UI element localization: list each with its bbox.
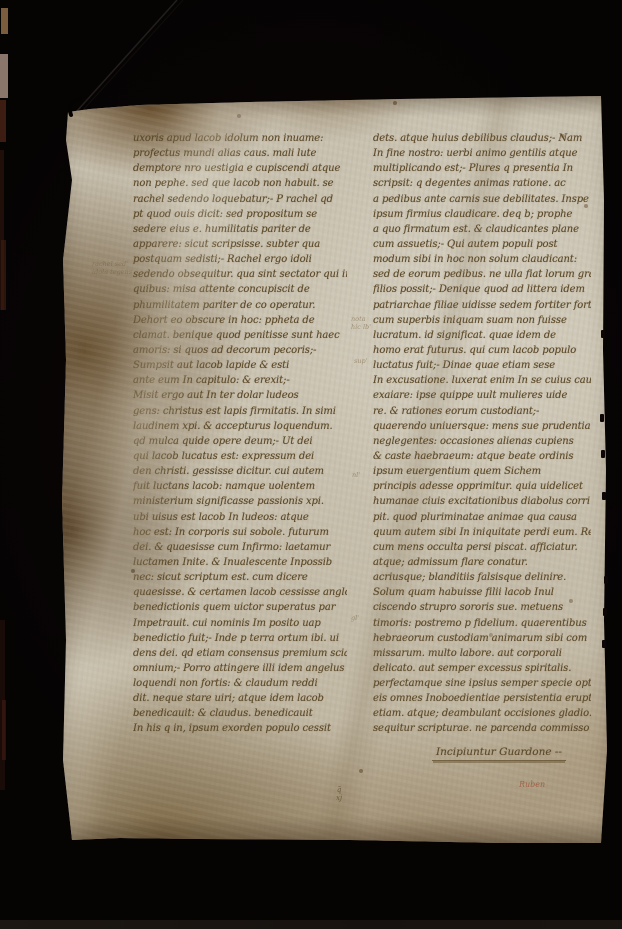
film-edge-mark xyxy=(0,54,8,98)
film-edge-mark xyxy=(0,100,6,142)
film-edge-mark xyxy=(1,240,6,310)
binding-notch xyxy=(602,492,606,500)
fox-spots xyxy=(62,94,64,96)
text-line: exaiare: ipse quippe uult mulieres uide xyxy=(373,388,591,403)
text-line: apparere: sicut scripsisse. subter qua xyxy=(133,237,347,252)
text-line: postquam sedisti;- Rachel ergo idoli xyxy=(133,252,347,267)
photo-mount-edge xyxy=(0,920,622,929)
margin-note-intercolumn-4: gl' xyxy=(351,615,359,623)
text-line: pit. quod pluriminatae animae qua causa xyxy=(373,510,591,525)
text-line: fuit luctans lacob: namque uolentem xyxy=(133,479,347,494)
binding-notch xyxy=(600,414,604,422)
text-line: scripsit: q degentes animas ratione. ac xyxy=(373,176,591,191)
text-line: perfectamque sine ipsius semper specie o… xyxy=(373,676,591,691)
text-line: homo erat futurus. qui cum lacob populo xyxy=(373,343,591,358)
text-line: In excusatione. luxerat enim In se cuius… xyxy=(373,373,591,388)
text-line: dit. neque stare uiri; atque idem lacob xyxy=(133,691,347,706)
manuscript-photo: uxoris apud lacob idolum non inuame:prof… xyxy=(0,0,622,929)
text-line: den christi. gessisse dicitur. cui autem xyxy=(133,464,347,479)
text-line: missarum. multo labore. aut corporali xyxy=(373,646,591,661)
text-line: ante eum In capitulo: & erexit;- xyxy=(133,373,347,388)
text-line: pt quod ouis dicit: sed propositum se xyxy=(133,207,347,222)
text-line: rachel sedendo loquebatur;- P rachel qd xyxy=(133,192,347,207)
text-line: benedicauit: & claudus. benedicauit xyxy=(133,706,347,721)
text-line: profectus mundi alias caus. mali lute xyxy=(133,146,347,161)
text-line: etiam. atque; deambulant occisiones glad… xyxy=(373,706,591,721)
margin-note-line: idola tegens xyxy=(92,269,132,277)
right-text-column: dets. atque huius debilibus claudus;- Na… xyxy=(373,131,591,743)
margin-note-left: rachel sed' idola tegens xyxy=(92,261,132,276)
quire-mark-bottom: xj xyxy=(336,794,342,802)
film-edge-mark xyxy=(2,700,6,760)
text-line: ministerium significasse passionis xpi. xyxy=(133,494,347,509)
text-line: dets. atque huius debilibus claudus;- Na… xyxy=(373,131,591,146)
text-line: luctatus fuit;- Dinae quae etiam sese xyxy=(373,358,591,373)
binding-notch xyxy=(601,330,605,338)
text-line: re. & rationes eorum custodiant;- xyxy=(373,404,591,419)
text-line: laudinem xpi. & accepturus loquendum. xyxy=(133,419,347,434)
text-line: cum assuetis;- Qui autem populi post xyxy=(373,237,591,252)
text-line: lucratum. id significat. quae idem de xyxy=(373,328,591,343)
text-line: ipsum euergentium quem Sichem xyxy=(373,464,591,479)
margin-note-line: hic lb' xyxy=(351,324,371,332)
binding-notch xyxy=(602,640,606,648)
text-line: luctamen Inite. & Inualescente Inpossib xyxy=(133,555,347,570)
text-line: clamat. benique quod penitisse sunt haec xyxy=(133,328,347,343)
text-line: filios possit;- Denique quod ad littera … xyxy=(373,282,591,297)
text-line: quaesisse. & certamen lacob cessisse ang… xyxy=(133,585,347,600)
explicit-line: Incipiuntur Guardone -- xyxy=(414,746,584,761)
text-line: hebraeorum custodiam animarum sibi com xyxy=(373,631,591,646)
text-line: demptore nro uestigia e cupiscendi atque xyxy=(133,161,347,176)
text-line: delicato. aut semper excessus spiritalis… xyxy=(373,661,591,676)
text-line: In his q in, ipsum exorden populo cessit xyxy=(133,721,347,736)
text-line: modum sibi in hoc non solum claudicant: xyxy=(373,252,591,267)
margin-note-intercolumn-2: sup' xyxy=(354,358,367,366)
text-line: quaerendo uniuersque: mens sue prudentia xyxy=(373,419,591,434)
text-line: quibus: misa attente concupiscit de xyxy=(133,282,347,297)
quire-signature: q̃ xj xyxy=(336,786,342,802)
text-line: qui lacob lucatus est: expressum dei xyxy=(133,449,347,464)
binding-notch xyxy=(603,608,607,616)
text-line: sedendo obsequitur. qua sint sectator qu… xyxy=(133,267,347,282)
text-line: sequitur scripturae. ne parcenda commiss… xyxy=(373,721,591,736)
text-line: & caste haebraeum: atque beate ordinis xyxy=(373,449,591,464)
text-line: cum superbis iniquam suam non fuisse xyxy=(373,313,591,328)
text-line: uxoris apud lacob idolum non inuame: xyxy=(133,131,347,146)
text-line: ipsum firmius claudicare. deq b; prophe xyxy=(373,207,591,222)
text-line: humanae ciuis excitationibus diabolus co… xyxy=(373,494,591,509)
text-line: nec: sicut scriptum est. cum dicere xyxy=(133,570,347,585)
text-line: multiplicando est;- Plures q presentia I… xyxy=(373,161,591,176)
text-line: ubi uisus est lacob In ludeos: atque xyxy=(133,510,347,525)
text-line: acriusque; blanditiis falsisque delinire… xyxy=(373,570,591,585)
text-line: benedictionis quem uictor superatus par xyxy=(133,600,347,615)
text-line: omnium;- Porro attingere illi idem angel… xyxy=(133,661,347,676)
quire-mark-top: q̃ xyxy=(336,786,342,794)
margin-note-intercolumn-3: nl' xyxy=(352,472,360,480)
text-line: sedere eius e. humilitatis pariter de xyxy=(133,222,347,237)
text-line: sed de eorum pedibus. ne ulla fiat lorum… xyxy=(373,267,591,282)
text-line: Sumpsit aut lacob lapide & esti xyxy=(133,358,347,373)
text-line: loquendi non fortis: & claudum reddi xyxy=(133,676,347,691)
text-line: Dehort eo obscure in hoc: ppheta de xyxy=(133,313,347,328)
left-text-column: uxoris apud lacob idolum non inuame:prof… xyxy=(133,131,347,743)
text-line: In fine nostro: uerbi animo gentilis atq… xyxy=(373,146,591,161)
rubric-note: Ruben xyxy=(519,780,545,789)
manuscript-page: uxoris apud lacob idolum non inuame:prof… xyxy=(62,94,612,846)
text-line: neglegentes: occasiones alienas cupiens xyxy=(373,434,591,449)
text-line: dens dei. qd etiam consensus premium sci… xyxy=(133,646,347,661)
film-edge-mark xyxy=(1,8,8,34)
text-line: patriarchae filiae uidisse sedem fortite… xyxy=(373,298,591,313)
text-line: a pedibus ante carnis sue debilitates. I… xyxy=(373,192,591,207)
text-line: Impetrauit. cui nominis Im posito uap xyxy=(133,616,347,631)
text-line: benedictio fuit;- Inde p terra ortum ibi… xyxy=(133,631,347,646)
text-line: non pephe. sed que lacob non habuit. se xyxy=(133,176,347,191)
binding-notch xyxy=(601,450,605,458)
text-line: Misit ergo aut In ter dolar ludeos xyxy=(133,388,347,403)
text-line: eis omnes Inoboedientiae persistentia er… xyxy=(373,691,591,706)
text-line: a quo firmatum est. & claudicantes plane xyxy=(373,222,591,237)
text-line: gens: christus est lapis firmitatis. In … xyxy=(133,404,347,419)
text-line: cum mens occulta persi piscat. afficiatu… xyxy=(373,540,591,555)
text-line: atque; admissum flare conatur. xyxy=(373,555,591,570)
explicit-text: Incipiuntur Guardone -- xyxy=(432,746,566,761)
text-line: ciscendo strupro sororis sue. metuens xyxy=(373,600,591,615)
text-line: Solum quam habuisse filii lacob Inul xyxy=(373,585,591,600)
text-line: dei. & quaesisse cum Infirmo: laetamur xyxy=(133,540,347,555)
text-line: qd mulca quide opere deum;- Ut dei xyxy=(133,434,347,449)
text-line: principis adesse opprimitur. quia uideli… xyxy=(373,479,591,494)
text-line: hoc est: In corporis sui sobole. futurum xyxy=(133,525,347,540)
margin-note-intercolumn-1: nota hic lb' xyxy=(351,316,371,331)
text-line: quum autem sibi In iniquitate perdi eum.… xyxy=(373,525,591,540)
text-line: timoris: postremo p fidelium. quaerentib… xyxy=(373,616,591,631)
text-line: phumilitatem pariter de co operatur. xyxy=(133,298,347,313)
binding-notch xyxy=(604,576,608,584)
text-line: amoris: si quos ad decorum pecoris;- xyxy=(133,343,347,358)
